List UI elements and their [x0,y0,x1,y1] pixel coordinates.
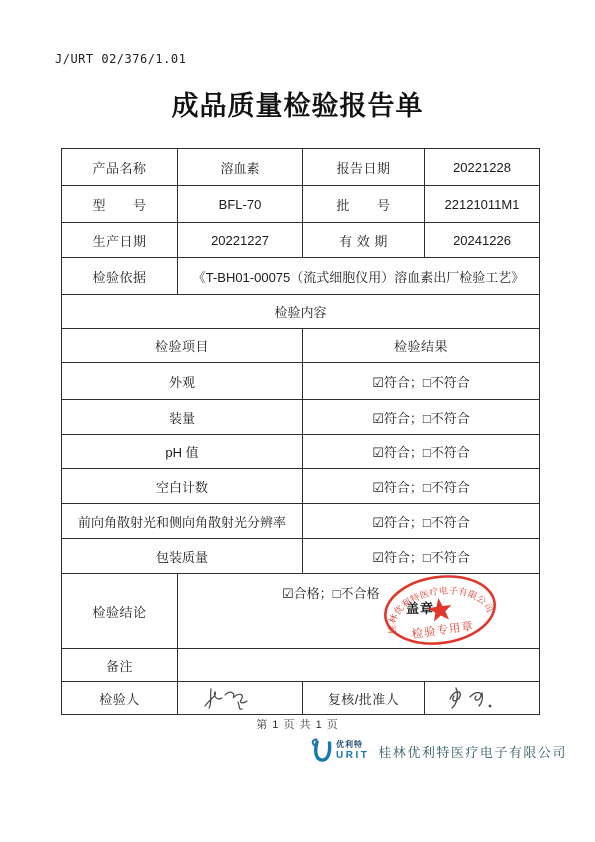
inspection-basis-value: 《T-BH01-00075（流式细胞仪用）溶血素出厂检验工艺》 [178,258,540,295]
table-row: pH 值 ☑符合；□不符合 [62,435,540,469]
table-row: 生产日期 20221227 有 效 期 20241226 [62,223,540,258]
inspector-label: 检验人 [62,682,178,715]
table-row: 产品名称 溶血素 报告日期 20221228 [62,149,540,186]
column-header-item: 检验项目 [62,329,303,363]
conclusion-row: 检验结论 ☑合格；□不合格 盖章 桂林优利特医疗电子有限公司 检验专用章 [62,574,540,649]
model-label: 型 号 [62,186,178,223]
page-title: 成品质量检验报告单 [0,84,595,123]
footer-company-name: 桂林优利特医疗电子有限公司 [378,742,567,761]
remarks-value [178,649,540,682]
logo-english-text: URIT [336,750,369,761]
inspection-report-table: 产品名称 溶血素 报告日期 20221228 型 号 BFL-70 批 号 22… [61,148,540,715]
item-name: 前向角散射光和侧向角散射光分辨率 [62,504,303,539]
conclusion-label: 检验结论 [62,574,178,649]
product-name-value: 溶血素 [178,149,303,186]
expiry-date-value: 20241226 [425,223,540,258]
item-result: ☑符合；□不符合 [303,504,540,539]
item-name: 装量 [62,400,303,435]
item-result: ☑符合；□不符合 [303,363,540,400]
table-row: 外观 ☑符合；□不符合 [62,363,540,400]
conclusion-result: ☑合格；□不合格 [282,583,380,602]
remarks-label: 备注 [62,649,178,682]
inspection-basis-label: 检验依据 [62,258,178,295]
table-row: 检验项目 检验结果 [62,329,540,363]
approver-signature-icon [442,685,522,713]
table-row: 检验内容 [62,295,540,329]
item-result: ☑符合；□不符合 [303,469,540,504]
production-date-value: 20221227 [178,223,303,258]
document-code: J/URT 02/376/1.01 [55,52,186,66]
column-header-result: 检验结果 [303,329,540,363]
batch-value: 22121011M1 [425,186,540,223]
inspector-signature-icon [195,685,285,713]
product-name-label: 产品名称 [62,149,178,186]
report-date-value: 20221228 [425,149,540,186]
item-name: 外观 [62,363,303,400]
item-result: ☑符合；□不符合 [303,400,540,435]
page-number: 第 1 页 共 1 页 [0,716,595,732]
table-row: 型 号 BFL-70 批 号 22121011M1 [62,186,540,223]
item-name: 空白计数 [62,469,303,504]
table-row: 检验依据 《T-BH01-00075（流式细胞仪用）溶血素出厂检验工艺》 [62,258,540,295]
item-name: 包装质量 [62,539,303,574]
item-result: ☑符合；□不符合 [303,435,540,469]
table-row: 装量 ☑符合；□不符合 [62,400,540,435]
table-row: 备注 [62,649,540,682]
inspector-signature-cell [178,682,303,715]
signoff-row: 检验人 复核/批准人 [62,682,540,715]
stamp-star-icon [426,596,453,622]
approver-signature-cell [425,682,540,715]
urit-logo-text: 优利特 URIT [336,741,369,761]
expiry-date-label: 有 效 期 [303,223,425,258]
content-section-header: 检验内容 [62,295,540,329]
inspection-stamp-icon: 桂林优利特医疗电子有限公司 检验专用章 [378,567,502,653]
table-row: 空白计数 ☑符合；□不符合 [62,469,540,504]
production-date-label: 生产日期 [62,223,178,258]
batch-label: 批 号 [303,186,425,223]
item-name: pH 值 [62,435,303,469]
footer: 优利特 URIT 桂林优利特医疗电子有限公司 [310,738,567,764]
report-date-label: 报告日期 [303,149,425,186]
conclusion-cell: ☑合格；□不合格 盖章 桂林优利特医疗电子有限公司 检验专用章 [178,574,540,649]
table-row: 前向角散射光和侧向角散射光分辨率 ☑符合；□不符合 [62,504,540,539]
logo-chinese-text: 优利特 [336,741,369,750]
urit-logo-icon [310,738,334,764]
model-value: BFL-70 [178,186,303,223]
report-page: J/URT 02/376/1.01 成品质量检验报告单 产品名称 溶血素 报告日… [0,0,595,842]
approver-label: 复核/批准人 [303,682,425,715]
